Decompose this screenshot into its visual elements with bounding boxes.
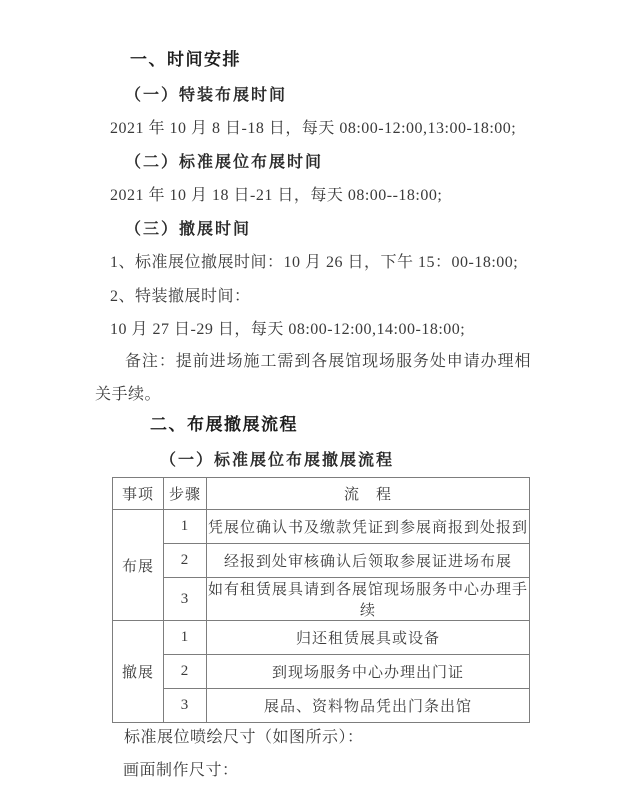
process-text: 经报到处审核确认后领取参展证进场布展	[207, 544, 530, 578]
table-row: 3 如有租赁展具请到各展馆现场服务中心办理手续	[113, 578, 530, 621]
process-text: 如有租赁展具请到各展馆现场服务中心办理手续	[207, 578, 530, 621]
document-page: 一、时间安排 （一）特装布展时间 2021 年 10 月 8 日-18 日，每天…	[0, 0, 640, 791]
group-setup-label: 布展	[113, 510, 164, 621]
table-header-row: 事项 步骤 流 程	[113, 478, 530, 510]
table-row: 布展 1 凭展位确认书及缴款凭证到参展商报到处报到	[113, 510, 530, 544]
process-text: 到现场服务中心办理出门证	[207, 655, 530, 689]
step-number: 1	[164, 621, 207, 655]
col-header-step: 步骤	[164, 478, 207, 510]
col-header-item: 事项	[113, 478, 164, 510]
table-row: 2 到现场服务中心办理出门证	[113, 655, 530, 689]
subsection-1-3-heading: （三）撤展时间	[125, 218, 251, 242]
flow-table: 事项 步骤 流 程 布展 1 凭展位确认书及缴款凭证到参展商报到处报到 2 经报…	[112, 477, 530, 723]
table-row: 2 经报到处审核确认后领取参展证进场布展	[113, 544, 530, 578]
process-text: 凭展位确认书及缴款凭证到参展商报到处报到	[207, 510, 530, 544]
spray-size-text: 标准展位喷绘尺寸（如图所示）：	[124, 726, 364, 750]
col-header-process: 流 程	[207, 478, 530, 510]
teardown-item-1-text: 1、标准展位撤展时间：10 月 26 日，下午 15：00-18:00;	[110, 251, 518, 275]
step-number: 1	[164, 510, 207, 544]
special-teardown-time-text: 10 月 27 日-29 日，每天 08:00-12:00,14:00-18:0…	[110, 318, 465, 342]
subsection-1-2-heading: （二）标准展位布展时间	[125, 151, 323, 175]
subsection-1-1-heading: （一）特装布展时间	[125, 84, 287, 108]
artwork-size-text: 画面制作尺寸：	[123, 759, 239, 783]
subsection-2-1-heading: （一）标准展位布展撤展流程	[160, 449, 394, 473]
special-setup-time-text: 2021 年 10 月 8 日-18 日，每天 08:00-12:00,13:0…	[110, 117, 516, 141]
process-text: 归还租赁展具或设备	[207, 621, 530, 655]
process-text: 展品、资料物品凭出门条出馆	[207, 689, 530, 723]
step-number: 3	[164, 689, 207, 723]
step-number: 2	[164, 655, 207, 689]
note-paragraph: 备注：提前进场施工需到各展馆现场服务处申请办理相关手续。	[95, 345, 531, 411]
group-teardown-label: 撤展	[113, 621, 164, 723]
table-row: 撤展 1 归还租赁展具或设备	[113, 621, 530, 655]
teardown-item-2-text: 2、特装撤展时间：	[110, 285, 251, 309]
step-number: 3	[164, 578, 207, 621]
section-2-heading: 二、布展撤展流程	[150, 413, 298, 437]
section-1-heading: 一、时间安排	[130, 48, 241, 72]
standard-setup-time-text: 2021 年 10 月 18 日-21 日，每天 08:00--18:00;	[110, 184, 442, 208]
table-row: 3 展品、资料物品凭出门条出馆	[113, 689, 530, 723]
step-number: 2	[164, 544, 207, 578]
